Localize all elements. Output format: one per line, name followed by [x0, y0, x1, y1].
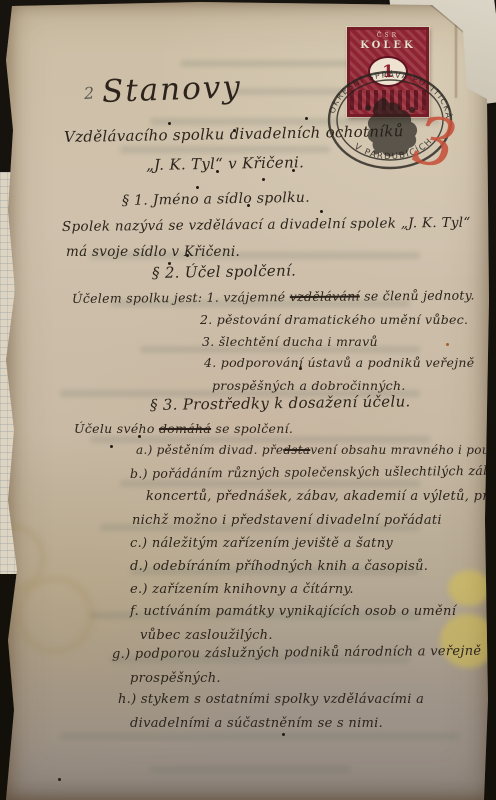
ink-speck	[58, 778, 61, 781]
section-3-intro-post: se spolčení.	[211, 421, 293, 436]
bleed-line	[150, 766, 350, 773]
section-2-heading: § 2. Účel spolčení.	[152, 261, 296, 282]
item-b-line-2: koncertů, přednášek, zábav, akademií a v…	[146, 489, 493, 504]
stain-ring	[16, 576, 94, 654]
item-d: d.) odebíráním příhodných knih a časopis…	[130, 559, 428, 574]
section-3-intro-struck: domáhá	[159, 421, 211, 436]
item-a-pre: a.) pěstěním divad. pře	[136, 443, 283, 457]
section-1-heading: § 1. Jméno a sídlo spolku.	[122, 190, 310, 209]
section-2-intro-post: se členů jednoty.	[360, 287, 475, 303]
section-3-intro-pre: Účelu svého	[74, 421, 159, 436]
item-a: a.) pěstěním divad. představení obsahu m…	[136, 443, 496, 457]
item-g-line-2: prospěšných.	[130, 671, 221, 686]
item-a-struck: dsta	[283, 443, 310, 457]
item-b-line-3: nichž možno i představení divadelní pořá…	[132, 513, 442, 528]
item-f-line-1: f. uctíváním památky vynikajících osob o…	[130, 604, 456, 619]
section-2-item-4b: prospěšných a dobročinných.	[212, 378, 406, 393]
section-2-intro: Účelem spolku jest: 1. vzájemné vzdělává…	[72, 287, 475, 306]
ink-speck	[262, 178, 265, 181]
stamp-kolek-label: KOLEK	[350, 40, 426, 51]
section-2-item-3: 3. šlechtění ducha i mravů	[202, 334, 378, 349]
section-2-intro-pre: Účelem spolku jest: 1. vzájemné	[72, 289, 290, 306]
item-f-line-2: vůbec zasloužilých.	[140, 628, 273, 643]
stamp-country-label: ČSR	[350, 32, 426, 39]
subtitle-line-2: „J. K. Tyl“ v Křičeni.	[146, 153, 304, 174]
section-2-item-4a: 4. podporování ústavů a podniků veřejně	[204, 355, 474, 370]
section-2-item-2: 2. pěstování dramatického umění vůbec.	[200, 312, 468, 327]
ink-speck	[110, 445, 113, 448]
bleed-line	[120, 480, 420, 487]
yellow-stain	[448, 570, 490, 606]
bleed-line	[60, 733, 460, 740]
item-e: e.) zařízením knihovny a čítárny.	[130, 582, 354, 597]
section-3-intro: Účelu svého domáhá se spolčení.	[74, 421, 293, 436]
item-a-post: vení obsahu mravného i poučného.	[310, 443, 496, 457]
ink-speck	[196, 186, 199, 189]
ink-speck	[305, 117, 308, 120]
bleed-line	[120, 146, 330, 153]
section-1-line-1: Spolek nazývá se vzdělávací a divadelní …	[62, 215, 471, 235]
bleed-line	[90, 436, 430, 443]
pencil-page-number: 2	[83, 83, 95, 103]
lion-emblem	[365, 98, 417, 156]
section-3-heading: § 3. Prostředky k dosažení účelu.	[150, 392, 411, 414]
document-page: 2 Stanovy Vzdělávacího spolku divadelníc…	[0, 0, 496, 800]
section-1-line-2: má svoje sídlo v Křičeni.	[66, 244, 240, 260]
item-g-line-1: g.) podporou záslužných podniků národníc…	[112, 644, 482, 662]
item-c: c.) náležitým zařízením jeviště a šatny	[130, 536, 393, 551]
rust-speck	[446, 343, 449, 346]
item-h-line-1: h.) stykem s ostatními spolky vzdělávací…	[118, 692, 424, 707]
item-h-line-2: divadelními a súčastněním se s nimi.	[130, 716, 383, 731]
document-title: Stanovy	[101, 69, 242, 110]
scanned-document-photo: 2 Stanovy Vzdělávacího spolku divadelníc…	[0, 0, 496, 800]
yellow-stain	[440, 614, 496, 668]
ink-speck	[320, 210, 323, 213]
ink-speck	[282, 733, 285, 736]
ink-speck	[168, 122, 171, 125]
section-2-intro-struck: vzdělávání	[290, 288, 360, 304]
item-b-line-1: b.) pořádáním různých společenských ušle…	[130, 463, 496, 481]
